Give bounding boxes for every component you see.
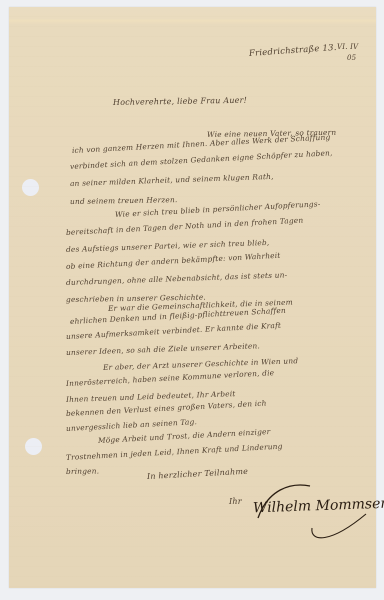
punch-hole-bottom xyxy=(25,438,42,455)
letter-line: und seinem treuen Herzen. xyxy=(70,196,178,205)
punch-hole-top xyxy=(22,179,39,196)
letter-date-line2: 05 xyxy=(347,55,356,62)
letter-closing-prefix: Ihr xyxy=(229,498,242,506)
letter-line: bringen. xyxy=(66,467,99,475)
signature-flourish xyxy=(250,478,370,548)
letter-date-line1: VI. IV xyxy=(337,44,358,51)
